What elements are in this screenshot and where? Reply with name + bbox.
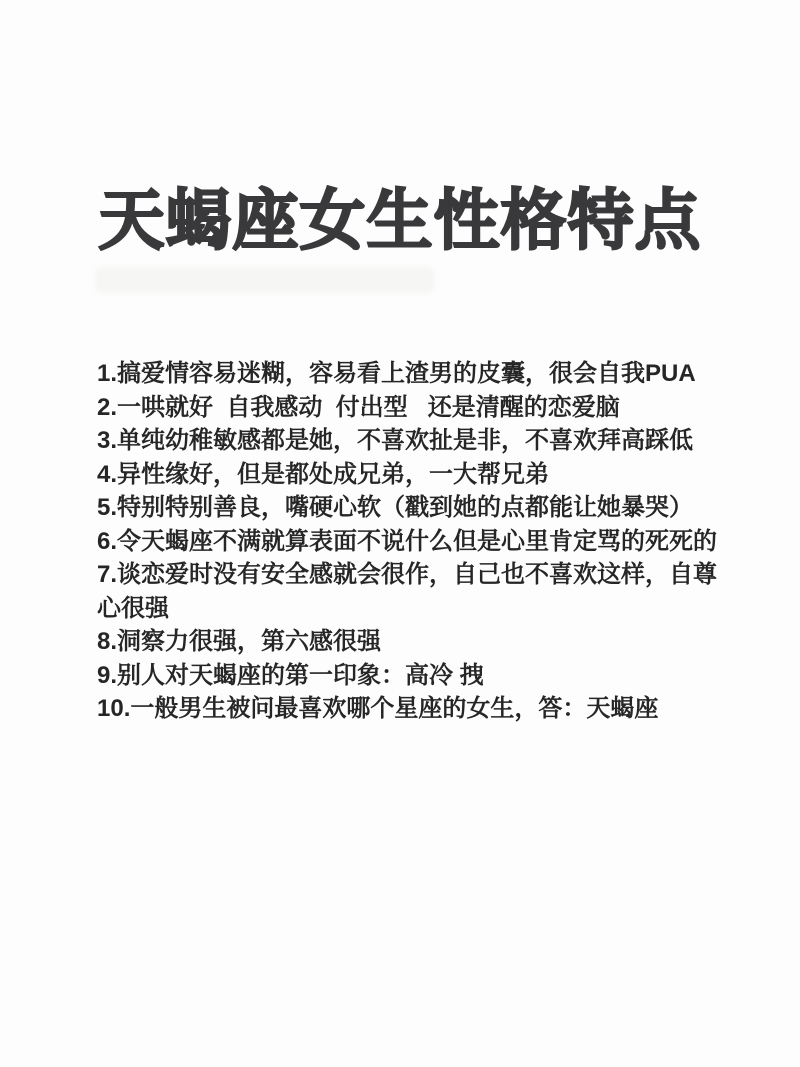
trait-item: 10.一般男生被问最喜欢哪个星座的女生，答：天蝎座 [97, 692, 725, 726]
trait-item: 1.搞爱情容易迷糊，容易看上渣男的皮囊，很会自我PUA [97, 357, 725, 391]
trait-item: 4.异性缘好，但是都处成兄弟，一大帮兄弟 [97, 458, 725, 492]
trait-item: 8.洞察力很强，第六感很强 [97, 625, 725, 659]
poster-title: 天蝎座女生性格特点 [0, 181, 800, 259]
traits-list: 1.搞爱情容易迷糊，容易看上渣男的皮囊，很会自我PUA 2.一哄就好 自我感动 … [97, 357, 725, 726]
poster-page: 天蝎座女生性格特点 1.搞爱情容易迷糊，容易看上渣男的皮囊，很会自我PUA 2.… [0, 0, 800, 1067]
trait-item: 9.别人对天蝎座的第一印象：高冷 拽 [97, 659, 725, 693]
trait-item: 5.特别特别善良，嘴硬心软（戳到她的点都能让她暴哭） [97, 491, 725, 525]
trait-item: 2.一哄就好 自我感动 付出型 还是清醒的恋爱脑 [97, 391, 725, 425]
trait-item: 7.谈恋爱时没有安全感就会很作，自己也不喜欢这样，自尊心很强 [97, 558, 725, 625]
watermark-smudge [95, 267, 435, 293]
trait-item: 6.令天蝎座不满就算表面不说什么但是心里肯定骂的死死的 [97, 525, 725, 559]
trait-item: 3.单纯幼稚敏感都是她，不喜欢扯是非，不喜欢拜高踩低 [97, 424, 725, 458]
